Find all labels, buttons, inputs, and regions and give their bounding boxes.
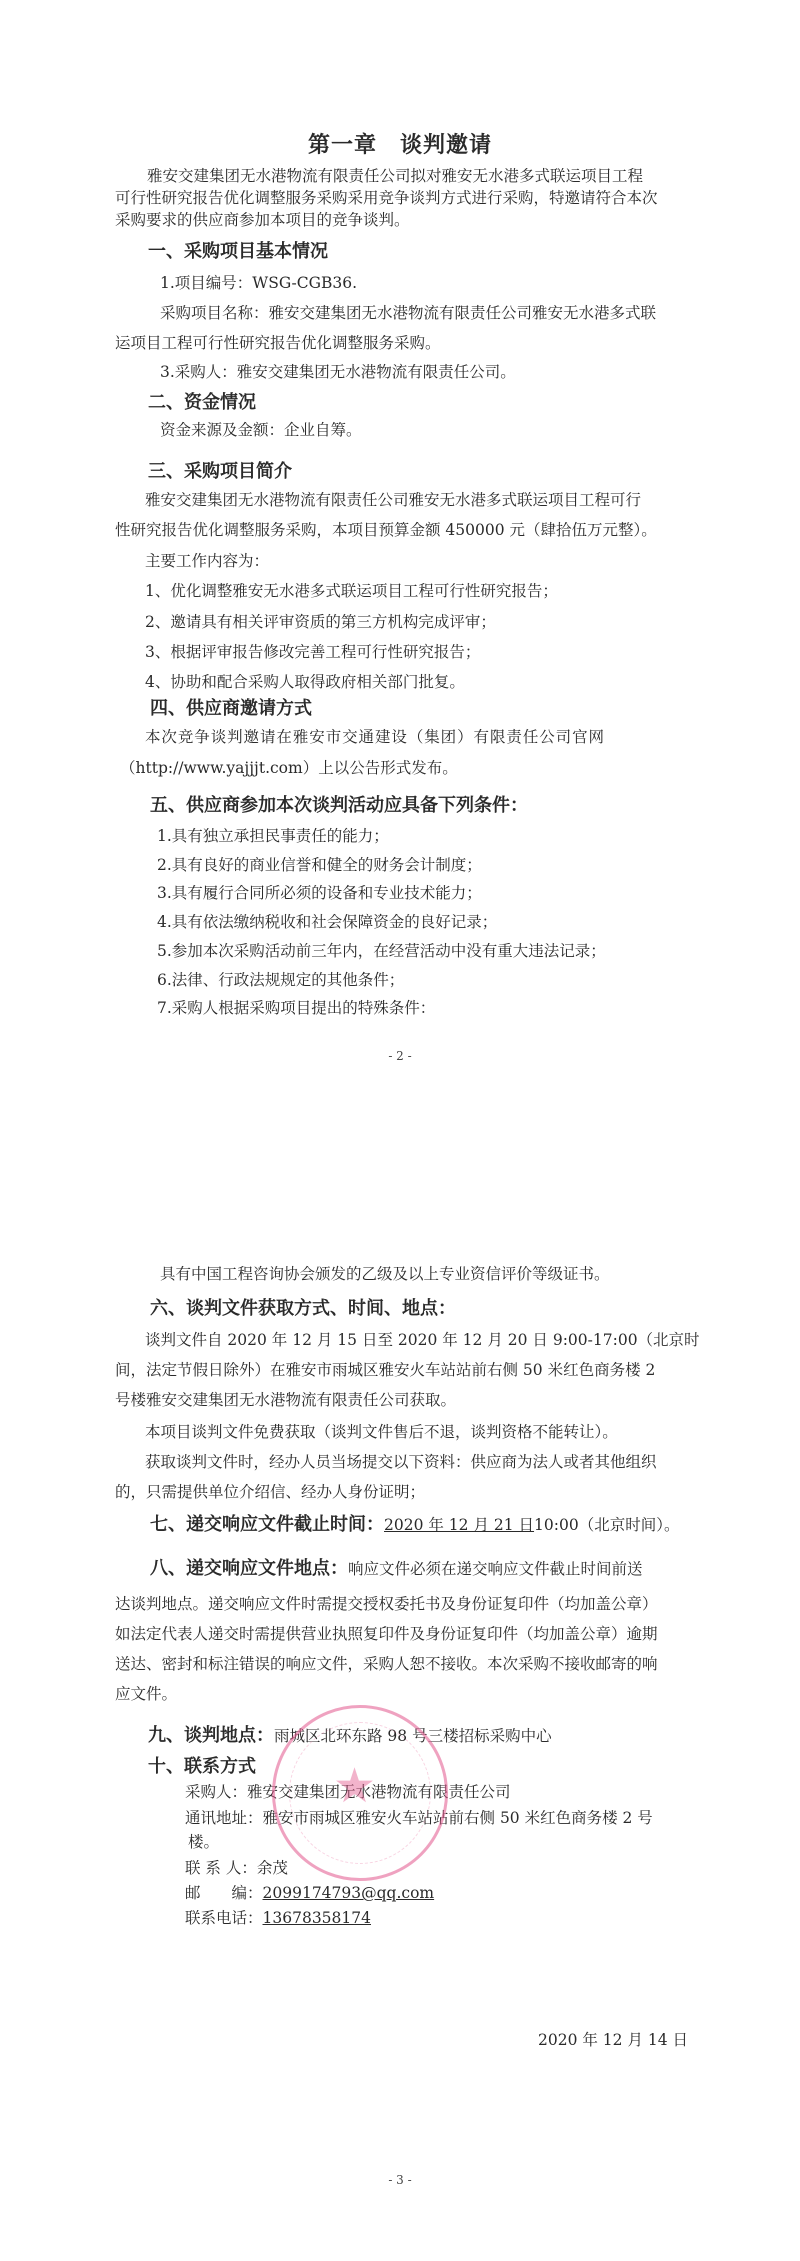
intro-line-3: 采购要求的供应商参加本项目的竞争谈判。: [115, 210, 410, 230]
page-number-2: - 2 -: [0, 1049, 800, 1063]
section-10-heading: 十、联系方式: [148, 1752, 256, 1778]
contact-person-name: 余茂: [257, 1859, 288, 1877]
submission-location-line-3: 如法定代表人递交时需提供营业执照复印件及身份证复印件（均加盖公章）逾期: [115, 1624, 658, 1644]
section-1-heading: 一、采购项目基本情况: [148, 237, 328, 263]
section-2-heading: 二、资金情况: [148, 388, 256, 414]
condition-6: 6.法律、行政法规规定的其他条件；: [157, 970, 404, 990]
submission-deadline: 七、递交响应文件截止时间：2020 年 12 月 21 日10:00（北京时间）…: [150, 1515, 679, 1535]
condition-2: 2.具有良好的商业信誉和健全的财务会计制度；: [157, 855, 482, 875]
invitation-line-2: （http://www.yajjjt.com）上以公告形式发布。: [120, 758, 458, 778]
phone-label: 联系电话：: [185, 1909, 263, 1927]
contact-phone: 联系电话：13678358174: [185, 1908, 371, 1928]
deadline-date: 2020 年 12 月 21 日: [384, 1516, 534, 1534]
project-number: 1.项目编号：WSG-CGB36.: [160, 273, 357, 293]
section-8-heading: 八、递交响应文件地点：: [150, 1558, 348, 1579]
email-label: 邮 编：: [185, 1884, 263, 1902]
page-number-3: - 3 -: [0, 2173, 800, 2187]
doc-acquisition-line-3: 号楼雅安交建集团无水港物流有限责任公司获取。: [115, 1390, 456, 1410]
address-value: 雅安市雨城区雅安火车站站前右侧 50 米红色商务楼 2 号: [263, 1809, 653, 1827]
contact-address-line-2: 楼。: [188, 1832, 219, 1852]
doc-acquisition-line-1: 谈判文件自 2020 年 12 月 15 日至 2020 年 12 月 20 日…: [145, 1330, 700, 1350]
project-brief-line-2: 性研究报告优化调整服务采购，本项目预算金额 450000 元（肆拾伍万元整）。: [115, 520, 657, 540]
intro-line-2: 可行性研究报告优化调整服务采购采用竞争谈判方式进行采购，特邀请符合本次: [115, 188, 658, 208]
invitation-line-1: 本 次 竞 争 谈 判 邀 请 在 雅 安 市 交 通 建 设 （ 集 团 ） …: [145, 727, 602, 747]
address-label: 通讯地址：: [185, 1809, 263, 1827]
work-content-label: 主要工作内容为：: [145, 551, 269, 571]
condition-5: 5.参加本次采购活动前三年内，在经营活动中没有重大违法记录；: [157, 941, 606, 961]
section-3-heading: 三、采购项目简介: [148, 457, 292, 483]
condition-3: 3.具有履行合同所必须的设备和专业技术能力；: [157, 883, 482, 903]
email-link[interactable]: 2099174793@qq.com: [263, 1884, 435, 1902]
purchaser: 3.采购人：雅安交建集团无水港物流有限责任公司。: [160, 362, 516, 382]
section-5-heading: 五、供应商参加本次谈判活动应具备下列条件：: [150, 791, 528, 817]
section-4-heading: 四、供应商邀请方式: [150, 694, 312, 720]
qualification-continuation: 具有中国工程咨询协会颁发的乙级及以上专业资信评价等级证书。: [160, 1264, 610, 1284]
chapter-title: 第一章 谈判邀请: [0, 128, 800, 159]
free-acquisition-note: 本项目谈判文件免费获取（谈判文件售后不退，谈判资格不能转让）。: [145, 1422, 618, 1442]
materials-line-2: 的，只需提供单位介绍信、经办人身份证明；: [115, 1482, 425, 1502]
submission-location-line-2: 达谈判地点。递交响应文件时需提交授权委托书及身份证复印件（均加盖公章）: [115, 1594, 658, 1614]
project-brief-line-1: 雅安交建集团无水港物流有限责任公司雅安无水港多式联运项目工程可行: [145, 490, 641, 510]
phone-link[interactable]: 13678358174: [263, 1909, 371, 1927]
signature-date: 2020 年 12 月 14 日: [538, 2030, 688, 2050]
submission-location-text: 响应文件必须在递交响应文件截止时间前送: [348, 1560, 643, 1578]
submission-location-line-4: 送达、密封和标注错误的响应文件，采购人恕不接收。本次采购不接收邮寄的响: [115, 1654, 658, 1674]
intro-line-1: 雅安交建集团无水港物流有限责任公司拟对雅安无水港多式联运项目工程: [147, 166, 643, 186]
materials-line-1: 获取谈判文件时，经办人员当场提交以下资料：供应商为法人或者其他组织: [145, 1452, 657, 1472]
contact-purchaser: 采购人：雅安交建集团无水港物流有限责任公司: [185, 1782, 511, 1802]
submission-location-first-line: 八、递交响应文件地点：响应文件必须在递交响应文件截止时间前送: [150, 1559, 643, 1579]
purchaser-name: 雅安交建集团无水港物流有限责任公司: [247, 1783, 511, 1801]
work-item-2: 2、邀请具有相关评审资质的第三方机构完成评审；: [145, 612, 496, 632]
contact-person: 联 系 人：余茂: [185, 1858, 288, 1878]
contact-address: 通讯地址：雅安市雨城区雅安火车站站前右侧 50 米红色商务楼 2 号: [185, 1808, 653, 1828]
negotiation-location: 九、谈判地点：雨城区北环东路 98 号三楼招标采购中心: [148, 1726, 552, 1746]
section-6-heading: 六、谈判文件获取方式、时间、地点：: [150, 1294, 456, 1320]
negotiation-address: 雨城区北环东路 98 号三楼招标采购中心: [274, 1727, 552, 1745]
purchaser-label: 采购人：: [185, 1783, 247, 1801]
deadline-time: 10:00（北京时间）。: [534, 1516, 679, 1534]
work-item-4: 4、协助和配合采购人取得政府相关部门批复。: [145, 672, 465, 692]
project-name-line-2: 运项目工程可行性研究报告优化调整服务采购。: [115, 333, 441, 353]
section-7-heading: 七、递交响应文件截止时间：: [150, 1514, 384, 1535]
doc-acquisition-line-2: 间，法定节假日除外）在雅安市雨城区雅安火车站站前右侧 50 米红色商务楼 2: [115, 1360, 655, 1380]
submission-location-line-5: 应文件。: [115, 1684, 177, 1704]
contact-person-label: 联 系 人：: [185, 1859, 257, 1877]
work-item-3: 3、根据评审报告修改完善工程可行性研究报告；: [145, 642, 480, 662]
condition-4: 4.具有依法缴纳税收和社会保障资金的良好记录；: [157, 912, 497, 932]
section-9-heading: 九、谈判地点：: [148, 1725, 274, 1746]
condition-7: 7.采购人根据采购项目提出的特殊条件：: [157, 998, 435, 1018]
contact-email: 邮 编：2099174793@qq.com: [185, 1883, 434, 1903]
work-item-1: 1、优化调整雅安无水港多式联运项目工程可行性研究报告；: [145, 581, 558, 601]
condition-1: 1.具有独立承担民事责任的能力；: [157, 826, 389, 846]
project-name-line-1: 采购项目名称：雅安交建集团无水港物流有限责任公司雅安无水港多式联: [160, 303, 656, 323]
funding-source: 资金来源及金额：企业自筹。: [160, 420, 362, 440]
